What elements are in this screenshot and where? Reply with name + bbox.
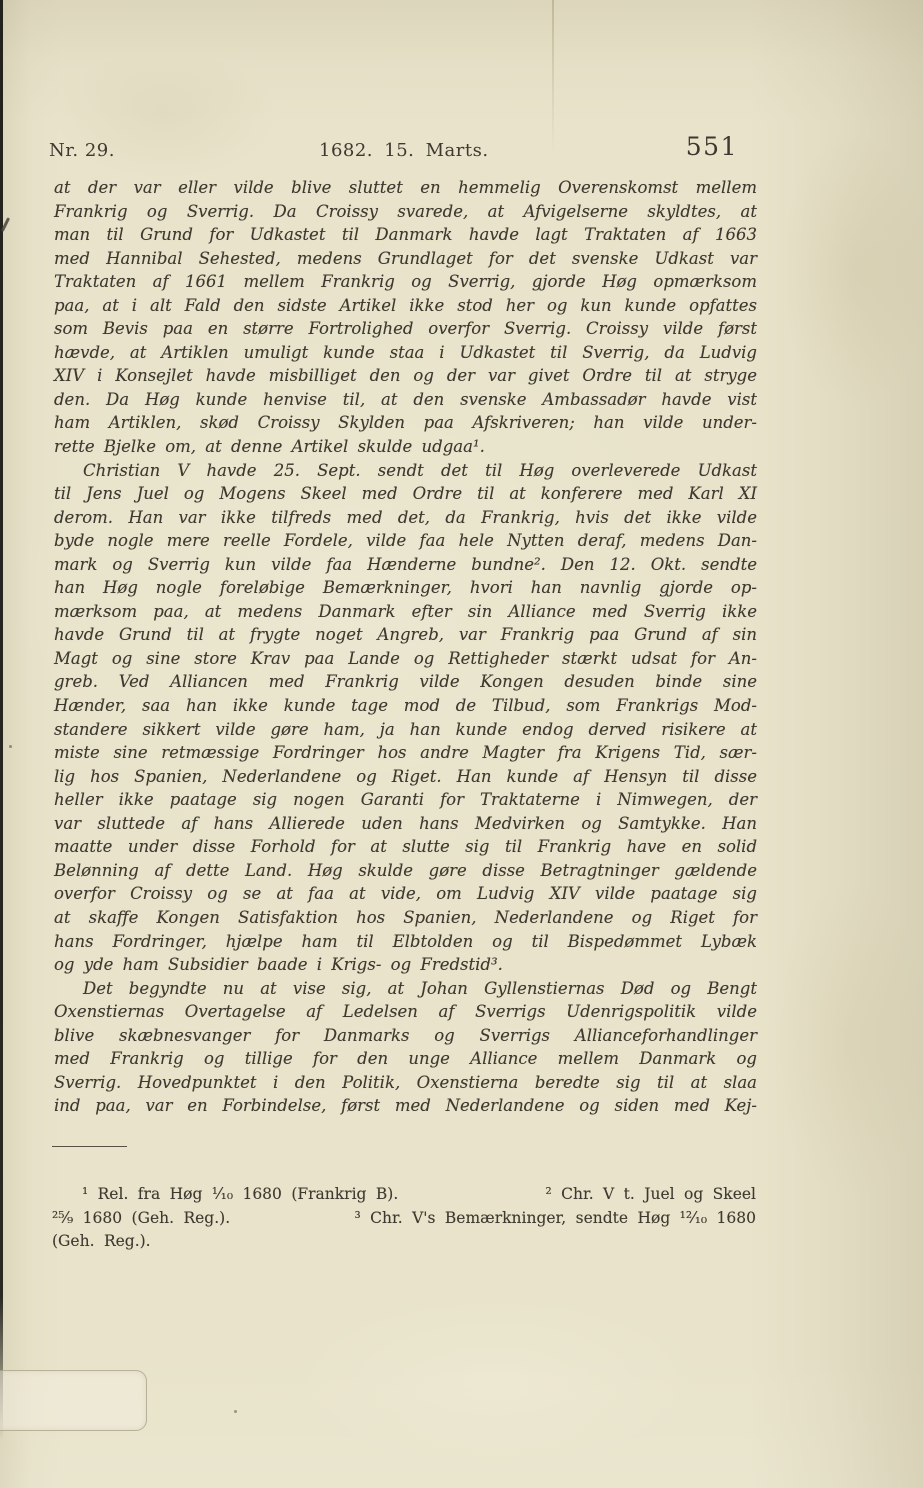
body-line: hævde, at Artiklen umuligt kunde staa i … bbox=[54, 341, 757, 365]
body-line: paa, at i alt Fald den sidste Artikel ik… bbox=[54, 294, 757, 318]
body-line: greb. Ved Alliancen med Frankrig vilde K… bbox=[54, 670, 757, 694]
body-line: Hænder, saa han ikke kunde tage mod de T… bbox=[54, 694, 757, 718]
body-line: Frankrig og Sverrig. Da Croissy svarede,… bbox=[54, 200, 757, 224]
body-line: med Hannibal Sehested, medens Grundlaget… bbox=[54, 247, 757, 271]
body-line: var sluttede af hans Allierede uden hans… bbox=[54, 812, 757, 836]
body-line: standere sikkert vilde gøre ham, ja han … bbox=[54, 718, 757, 742]
body-line: Belønning af dette Land. Høg skulde gøre… bbox=[54, 859, 757, 883]
body-line: Christian V havde 25. Sept. sendt det ti… bbox=[54, 459, 757, 483]
paper-stain bbox=[780, 130, 923, 410]
footnote-divider bbox=[52, 1146, 127, 1147]
body-line: med Frankrig og tillige for den unge All… bbox=[54, 1047, 757, 1071]
footnote-line: ¹ Rel. fra Høg ¹⁄₁₀ 1680 (Frankrig B).² … bbox=[52, 1183, 756, 1207]
paper-speck bbox=[9, 745, 12, 748]
page-header: Nr. 29. 1682. 15. Marts. 551 bbox=[54, 136, 757, 170]
body-text: at der var eller vilde blive sluttet en … bbox=[54, 176, 757, 1118]
body-line: man til Grund for Udkastet til Danmark h… bbox=[54, 223, 757, 247]
footnote-line: ²⁵⁄₉ 1680 (Geh. Reg.).³ Chr. V's Bemærkn… bbox=[52, 1207, 756, 1231]
scanned-book-page: Nr. 29. 1682. 15. Marts. 551 at der var … bbox=[0, 0, 923, 1488]
body-line: XIV i Konsejlet havde misbilliget den og… bbox=[54, 364, 757, 388]
body-line: som Bevis paa en større Fortrolighed ove… bbox=[54, 317, 757, 341]
footnote-gap bbox=[398, 1183, 545, 1207]
body-line: den. Da Høg kunde henvise til, at den sv… bbox=[54, 388, 757, 412]
body-line: derom. Han var ikke tilfreds med det, da… bbox=[54, 506, 757, 530]
paper-crease bbox=[552, 0, 554, 158]
footnote-text: ³ Chr. V's Bemærkninger, sendte Høg ¹²⁄₁… bbox=[355, 1207, 756, 1231]
date-heading: 1682. 15. Marts. bbox=[319, 140, 489, 161]
body-line: at der var eller vilde blive sluttet en … bbox=[54, 176, 757, 200]
footnote-line: (Geh. Reg.). bbox=[52, 1230, 756, 1254]
body-line: han Høg nogle foreløbige Bemærkninger, h… bbox=[54, 576, 757, 600]
body-line: mærksom paa, at medens Danmark efter sin… bbox=[54, 600, 757, 624]
body-line: heller ikke paatage sig nogen Garanti fo… bbox=[54, 788, 757, 812]
body-line: Magt og sine store Krav paa Lande og Ret… bbox=[54, 647, 757, 671]
paper-stain bbox=[770, 880, 923, 1200]
body-line: havde Grund til at frygte noget Angreb, … bbox=[54, 623, 757, 647]
body-line: og yde ham Subsidier baade i Krigs- og F… bbox=[54, 953, 757, 977]
body-line: overfor Croissy og se at faa at vide, om… bbox=[54, 882, 757, 906]
body-line: ind paa, var en Forbindelse, først med N… bbox=[54, 1094, 757, 1118]
body-line: rette Bjelke om, at denne Artikel skulde… bbox=[54, 435, 757, 459]
paper-speck bbox=[234, 1410, 237, 1413]
paper-stain bbox=[280, 1290, 710, 1470]
body-line: Det begyndte nu at vise sig, at Johan Gy… bbox=[54, 977, 757, 1001]
body-line: Sverrig. Hovedpunktet i den Politik, Oxe… bbox=[54, 1071, 757, 1095]
embossed-label-box bbox=[0, 1370, 147, 1431]
body-line: miste sine retmæssige Fordringer hos and… bbox=[54, 741, 757, 765]
footnote-gap bbox=[230, 1207, 354, 1231]
body-line: byde nogle mere reelle Fordele, vilde fa… bbox=[54, 529, 757, 553]
body-line: til Jens Juel og Mogens Skeel med Ordre … bbox=[54, 482, 757, 506]
body-line: blive skæbnesvanger for Danmarks og Sver… bbox=[54, 1024, 757, 1048]
footnote-text: ² Chr. V t. Juel og Skeel bbox=[546, 1183, 757, 1207]
page-number: 551 bbox=[686, 132, 738, 161]
document-number: Nr. 29. bbox=[49, 140, 115, 161]
body-line: at skaffe Kongen Satisfaktion hos Spanie… bbox=[54, 906, 757, 930]
footnote-text: (Geh. Reg.). bbox=[52, 1230, 151, 1254]
body-line: maatte under disse Forhold for at slutte… bbox=[54, 835, 757, 859]
body-line: lig hos Spanien, Nederlandene og Riget. … bbox=[54, 765, 757, 789]
footnotes-block: ¹ Rel. fra Høg ¹⁄₁₀ 1680 (Frankrig B).² … bbox=[52, 1183, 756, 1254]
footnote-text: ²⁵⁄₉ 1680 (Geh. Reg.). bbox=[52, 1207, 230, 1231]
body-line: Traktaten af 1661 mellem Frankrig og Sve… bbox=[54, 270, 757, 294]
body-line: ham Artiklen, skød Croissy Skylden paa A… bbox=[54, 411, 757, 435]
scan-edge-shadow bbox=[0, 0, 3, 1440]
body-line: hans Fordringer, hjælpe ham til Elbtolde… bbox=[54, 930, 757, 954]
footnote-text: ¹ Rel. fra Høg ¹⁄₁₀ 1680 (Frankrig B). bbox=[82, 1183, 398, 1207]
body-line: Oxenstiernas Overtagelse af Ledelsen af … bbox=[54, 1000, 757, 1024]
body-line: mark og Sverrig kun vilde faa Hænderne b… bbox=[54, 553, 757, 577]
